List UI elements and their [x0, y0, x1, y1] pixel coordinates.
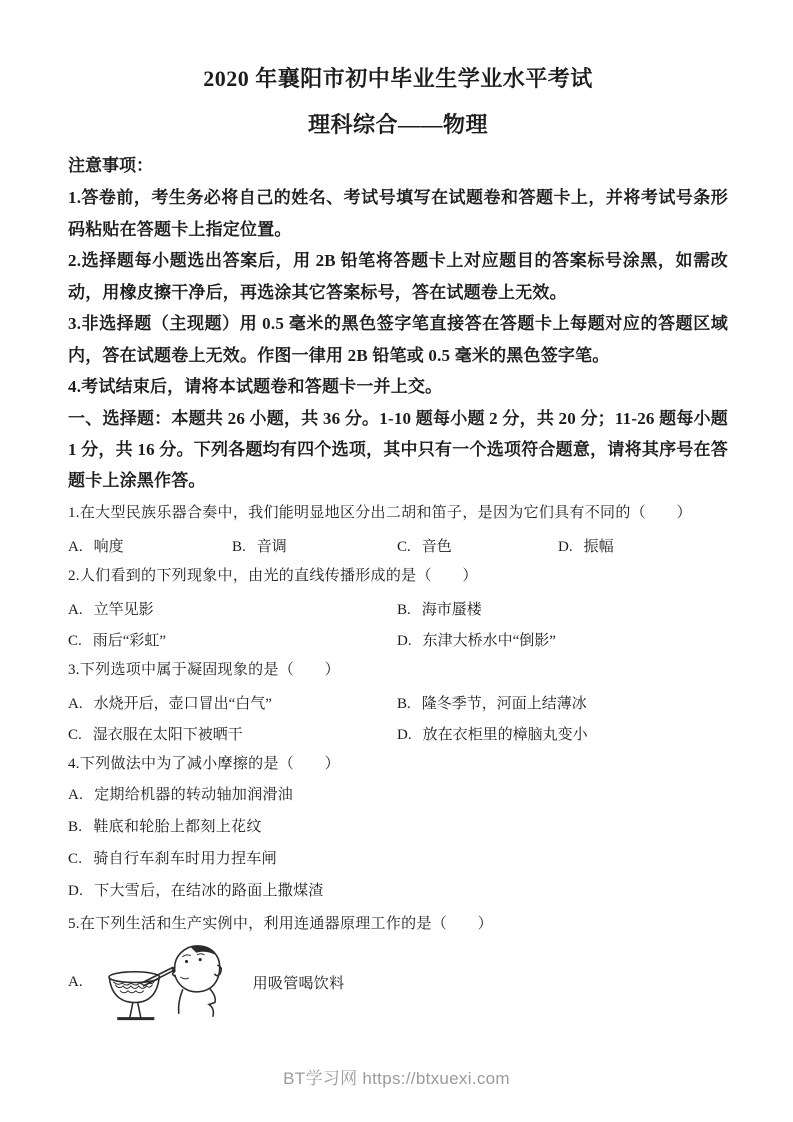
- question-1-option-b: B.音调: [232, 535, 287, 556]
- option-label: C.: [68, 633, 82, 649]
- question-2-text: 2.人们看到的下列现象中，由光的直线传播形成的是（ ）: [68, 561, 728, 591]
- footer-watermark: BT学习网 https://btxuexi.com: [0, 1064, 793, 1089]
- question-1-option-a: A.响度: [68, 535, 124, 556]
- option-label: A.: [68, 539, 83, 555]
- option-label: C.: [397, 539, 411, 555]
- option-label: A.: [68, 696, 83, 712]
- question-3-options-row-1: A.水烧开后，壶口冒出“白气” B.隆冬季节，河面上结薄冰: [68, 685, 728, 716]
- option-text: 骑自行车刹车时用力捏车闸: [93, 851, 277, 867]
- option-label: D.: [397, 633, 412, 649]
- option-text: 振幅: [584, 539, 614, 555]
- question-4-option-a: A.定期给机器的转动轴加润滑油: [68, 779, 728, 811]
- notice-item-3: 3.非选择题（主现题）用 0.5 毫米的黑色签字笔直接答在答题卡上每题对应的答题…: [68, 308, 728, 371]
- option-text: 音调: [257, 539, 287, 555]
- figure-caption: 用吸管喝饮料: [253, 972, 345, 993]
- question-2-option-d: D.东津大桥水中“倒影”: [397, 629, 556, 650]
- question-2-options-row-1: A.立竿见影 B.海市蜃楼: [68, 591, 728, 622]
- option-text: 响度: [94, 539, 124, 555]
- question-4-option-c: C.骑自行车刹车时用力捏车闸: [68, 843, 728, 875]
- option-label: A.: [68, 787, 83, 803]
- option-label: B.: [68, 819, 82, 835]
- question-1-text: 1.在大型民族乐器合奏中，我们能明显地区分出二胡和笛子，是因为它们具有不同的（ …: [68, 498, 728, 528]
- straw-drinking-cartoon-icon: [99, 942, 237, 1024]
- question-2-options-row-2: C.雨后“彩虹” D.东津大桥水中“倒影”: [68, 622, 728, 653]
- question-1-options: A.响度 B.音调 C.音色 D.振幅: [68, 528, 728, 559]
- option-label: A.: [68, 974, 83, 991]
- option-text: 东津大桥水中“倒影”: [423, 633, 556, 649]
- option-text: 下大雪后，在结冰的路面上撒煤渣: [94, 883, 324, 899]
- option-label: A.: [68, 602, 83, 618]
- question-2-option-b: B.海市蜃楼: [397, 598, 482, 619]
- question-3-option-a: A.水烧开后，壶口冒出“白气”: [68, 692, 272, 713]
- doc-title: 2020 年襄阳市初中毕业生学业水平考试: [68, 64, 728, 94]
- question-5-text: 5.在下列生活和生产实例中，利用连通器原理工作的是（ ）: [68, 909, 728, 939]
- question-3-option-b: B.隆冬季节，河面上结薄冰: [397, 692, 587, 713]
- option-label: B.: [397, 696, 411, 712]
- option-text: 湿衣服在太阳下被晒干: [93, 727, 243, 743]
- option-label: B.: [232, 539, 246, 555]
- option-text: 放在衣柜里的樟脑丸变小: [423, 727, 588, 743]
- doc-subtitle: 理科综合——物理: [68, 110, 728, 140]
- question-1-option-c: C.音色: [397, 535, 452, 556]
- option-text: 鞋底和轮胎上都刻上花纹: [93, 819, 261, 835]
- section-heading: 一、选择题：本题共 26 小题，共 36 分。1-10 题每小题 2 分，共 2…: [68, 403, 728, 496]
- option-text: 立竿见影: [94, 602, 154, 618]
- question-1-option-d: D.振幅: [558, 535, 614, 556]
- question-2-option-c: C.雨后“彩虹”: [68, 629, 166, 650]
- option-label: C.: [68, 851, 82, 867]
- option-text: 雨后“彩虹”: [93, 633, 166, 649]
- notice-heading: 注意事项：: [68, 150, 728, 182]
- option-label: D.: [397, 727, 412, 743]
- option-label: B.: [397, 602, 411, 618]
- option-text: 水烧开后，壶口冒出“白气”: [94, 696, 272, 712]
- option-label: D.: [68, 883, 83, 899]
- question-3-option-d: D.放在衣柜里的樟脑丸变小: [397, 723, 588, 744]
- option-text: 定期给机器的转动轴加润滑油: [94, 787, 293, 803]
- notice-item-4: 4.考试结束后，请将本试题卷和答题卡一并上交。: [68, 371, 728, 403]
- question-3-option-c: C.湿衣服在太阳下被晒干: [68, 723, 243, 744]
- notice-item-2: 2.选择题每小题选出答案后，用 2B 铅笔将答题卡上对应题目的答案标号涂黑，如需…: [68, 245, 728, 308]
- question-3-text: 3.下列选项中属于凝固现象的是（ ）: [68, 655, 728, 685]
- page-content: 2020 年襄阳市初中毕业生学业水平考试 理科综合——物理 注意事项： 1.答卷…: [68, 64, 728, 1025]
- question-4-text: 4.下列做法中为了减小摩擦的是（ ）: [68, 749, 728, 779]
- question-5-option-a: A.: [68, 941, 728, 1025]
- option-text: 海市蜃楼: [422, 602, 482, 618]
- question-4-option-b: B.鞋底和轮胎上都刻上花纹: [68, 811, 728, 843]
- option-label: C.: [68, 727, 82, 743]
- question-3-options-row-2: C.湿衣服在太阳下被晒干 D.放在衣柜里的樟脑丸变小: [68, 716, 728, 747]
- notice-item-1: 1.答卷前，考生务必将自己的姓名、考试号填写在试题卷和答题卡上，并将考试号条形码…: [68, 182, 728, 245]
- option-text: 隆冬季节，河面上结薄冰: [422, 696, 587, 712]
- exam-page: 2020 年襄阳市初中毕业生学业水平考试 理科综合——物理 注意事项： 1.答卷…: [0, 0, 793, 1122]
- question-2-option-a: A.立竿见影: [68, 598, 154, 619]
- option-text: 音色: [422, 539, 452, 555]
- question-4-option-d: D.下大雪后，在结冰的路面上撒煤渣: [68, 875, 728, 907]
- option-label: D.: [558, 539, 573, 555]
